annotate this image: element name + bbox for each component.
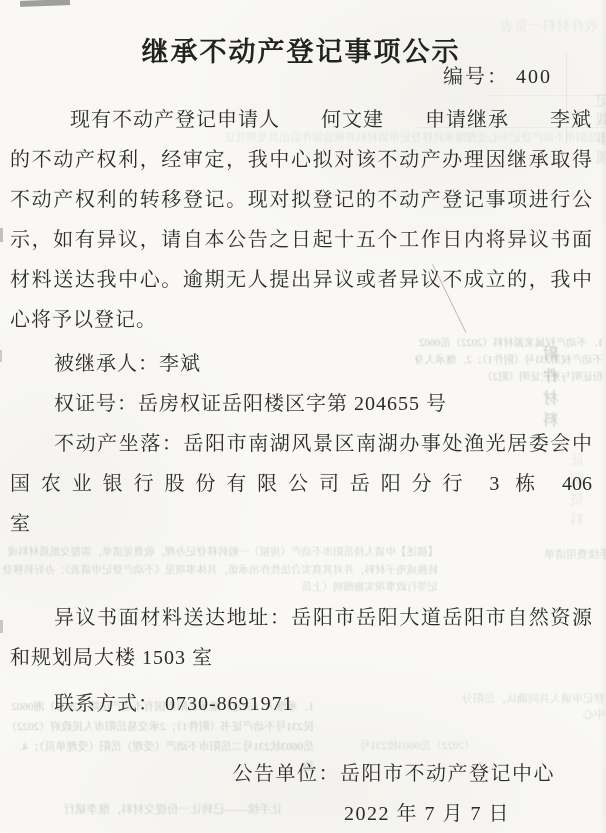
applicant-line: 现有不动产登记申请人 何文建 申请继承 李斌 — [10, 100, 592, 140]
objection-address-line: 和规划局大楼 1503 室 — [10, 638, 592, 678]
property-location-line: 不动产坐落：岳阳市南湖风景区南湖办事处渔光居委会中 — [10, 424, 592, 464]
certificate-line: 权证号：岳房权证岳阳楼区字第 204655 号 — [10, 384, 592, 424]
body-line: 的不动产权利，经审定，我中心拟对该不动产办理因继承取得 — [10, 140, 592, 180]
objection-address-line: 异议书面材料送达地址：岳阳市岳阳大道岳阳市自然资源 — [10, 598, 592, 638]
bleedthrough-text: 记载事项 — [595, 93, 606, 169]
decedent-name: 李斌 — [550, 100, 592, 140]
property-location-line: 国农业银行股份有限公司岳阳分行 3 栋 406 — [10, 464, 592, 504]
applicant-name: 何文建 — [321, 100, 384, 140]
inherit-label: 申请继承 — [425, 100, 509, 140]
applicant-label: 现有不动产登记申请人 — [70, 100, 280, 140]
body-line: 示，如有异议，请自本公告之日起十五个工作日内将异议书面 — [10, 220, 592, 260]
property-location-line: 室 — [10, 504, 592, 544]
notice-body: 继承不动产登记事项公示 编号： 400 现有不动产登记申请人 何文建 申请继承 … — [10, 0, 592, 833]
body-line: 材料送达我中心。逾期无人提出异议或者异议不成立的，我中 — [10, 260, 592, 300]
date-line: 2022 年 7 月 7 日 — [10, 794, 592, 833]
scanned-notice-page: 收件材料一览表 岳阳市不动产登记中心受理继承转移登记申请材料并核验原件后出具受理… — [0, 0, 606, 833]
scan-edge-artifact — [0, 620, 3, 633]
scan-edge-artifact — [0, 228, 3, 242]
scan-edge-artifact — [0, 350, 2, 362]
contact-line: 联系方式： 0730-8691971 — [10, 684, 592, 724]
body-line: 不动产权利的转移登记。现对拟登记的不动产登记事项进行公 — [10, 180, 592, 220]
scan-edge-shading — [600, 0, 606, 833]
decedent-line: 被继承人：李斌 — [10, 344, 592, 384]
issuer-line: 公告单位：岳阳市不动产登记中心 — [10, 754, 592, 794]
notice-title: 继承不动产登记事项公示 — [10, 0, 592, 64]
body-line: 心将予以登记。 — [10, 300, 592, 340]
